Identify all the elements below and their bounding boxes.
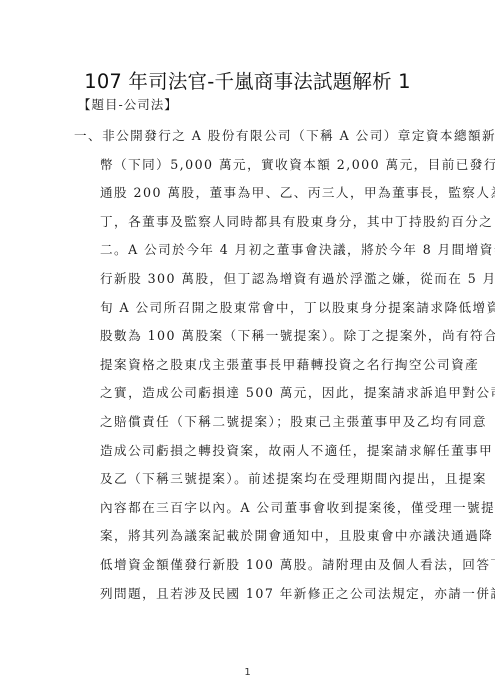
question-line: 幣（下同）5,000 萬元，實收資本額 2,000 萬元，目前已發行普	[74, 156, 420, 185]
question-line: 低增資金額僅發行新股 100 萬股。請附理由及個人看法，回答下	[74, 556, 420, 585]
question-paragraph: 一、非公開發行之 A 股份有限公司（下稱 A 公司）章定資本總額新臺 幣（下同）…	[74, 127, 420, 613]
question-line: 造成公司虧損之轉投資案，故兩人不適任，提案請求解任董事甲	[74, 442, 420, 471]
question-line: 列問題，且若涉及民國 107 年新修正之公司法規定，亦請一併說	[74, 585, 420, 614]
question-line: 一、非公開發行之 A 股份有限公司（下稱 A 公司）章定資本總額新臺	[74, 127, 420, 156]
question-line: 二。A 公司於今年 4 月初之董事會決議，將於今年 8 月間增資發	[74, 241, 420, 270]
page-number: 1	[0, 667, 495, 678]
question-line: 及乙（下稱三號提案）。前述提案均在受理期間內提出，且提案	[74, 470, 420, 499]
document-title: 107 年司法官-千嵐商事法試題解析 1	[0, 66, 495, 94]
section-heading: 【題目-公司法】	[78, 95, 178, 113]
question-line: 旬 A 公司所召開之股東常會中，丁以股東身分提案請求降低增資	[74, 299, 420, 328]
question-line: 通股 200 萬股，董事為甲、乙、丙三人，甲為董事長，監察人為	[74, 184, 420, 213]
question-line: 行新股 300 萬股，但丁認為增資有過於浮濫之嫌，從而在 5 月下	[74, 270, 420, 299]
question-line: 案，將其列為議案記載於開會通知中，且股東會中亦議決通過降	[74, 527, 420, 556]
question-line: 之實，造成公司虧損達 500 萬元，因此，提案請求訴追甲對公司	[74, 384, 420, 413]
question-line: 之賠償責任（下稱二號提案）；股東己主張董事甲及乙均有同意	[74, 413, 420, 442]
question-line: 內容都在三百字以內。A 公司董事會收到提案後，僅受理一號提	[74, 499, 420, 528]
question-line: 丁，各董事及監察人同時都具有股東身分，其中丁持股約百分之	[74, 213, 420, 242]
question-line: 提案資格之股東戊主張董事長甲藉轉投資之名行掏空公司資產	[74, 356, 420, 385]
question-line: 股數為 100 萬股案（下稱一號提案）。除丁之提案外，尚有符合	[74, 327, 420, 356]
